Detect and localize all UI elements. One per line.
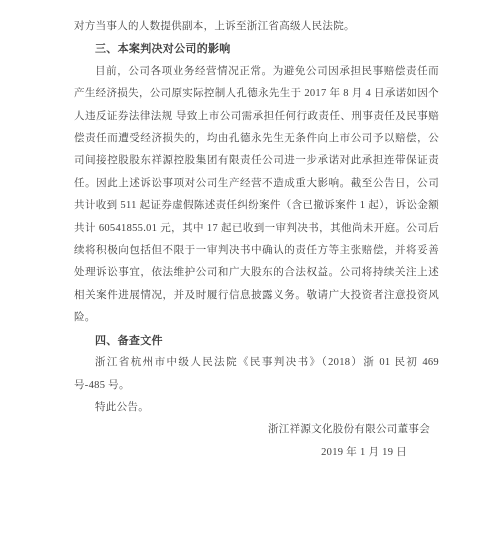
section-4-paragraph: 浙江省杭州市中级人民法院《民事判决书》（2018）浙 01 民初 469 号-4…	[74, 352, 439, 397]
section-4-heading: 四、备查文件	[74, 330, 439, 352]
document-page: 对方当事人的人数提供副本，上诉至浙江省高级人民法院。 三、本案判决对公司的影响 …	[0, 0, 502, 543]
section-3-heading: 三、本案判决对公司的影响	[74, 38, 439, 60]
continuation-paragraph: 对方当事人的人数提供副本，上诉至浙江省高级人民法院。	[74, 16, 439, 38]
closing-line: 特此公告。	[74, 397, 439, 419]
signature-block: 浙江祥源文化股份有限公司董事会 2019 年 1 月 19 日	[74, 419, 439, 464]
signature-company: 浙江祥源文化股份有限公司董事会	[74, 419, 439, 441]
section-3-paragraph: 目前，公司各项业务经营情况正常。为避免公司因承担民事赔偿责任而产生经济损失，公司…	[74, 61, 439, 330]
signature-date: 2019 年 1 月 19 日	[74, 442, 439, 464]
